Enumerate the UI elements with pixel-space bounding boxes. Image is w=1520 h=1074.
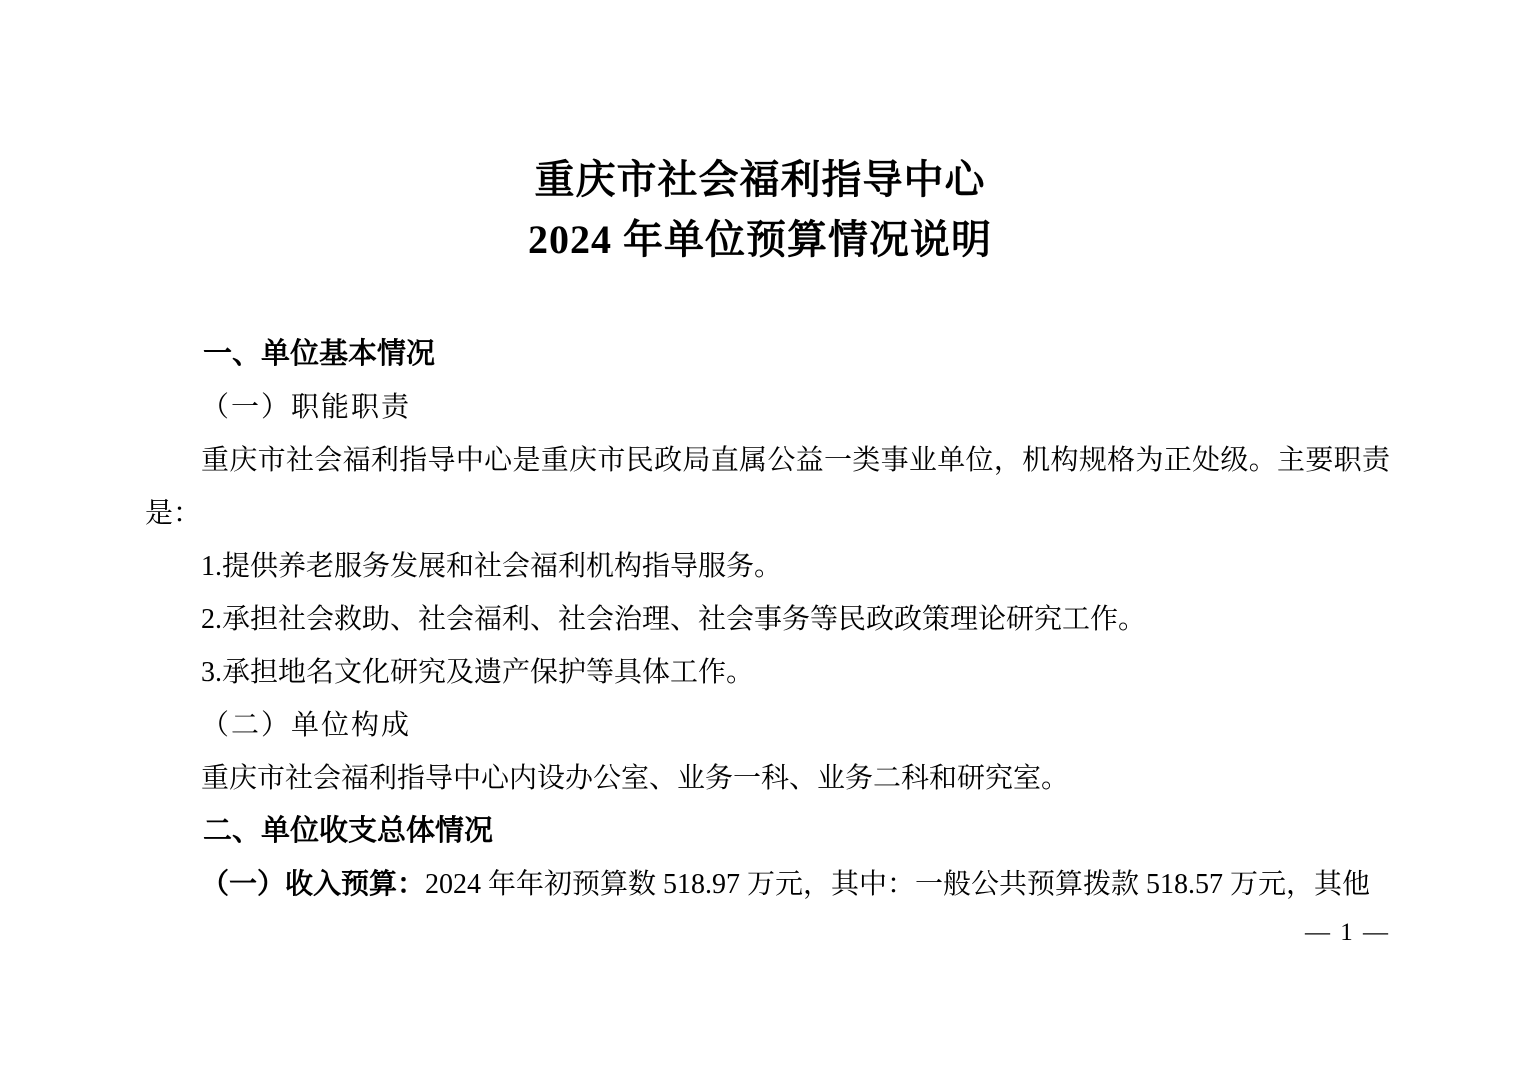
- document-title: 重庆市社会福利指导中心 2024 年单位预算情况说明: [0, 150, 1520, 270]
- title-line-2: 2024 年单位预算情况说明: [0, 210, 1520, 270]
- paragraph-duties-intro: 重庆市社会福利指导中心是重庆市民政局直属公益一类事业单位，机构规格为正处级。主要…: [145, 434, 1390, 540]
- income-budget-text: 2024 年年初预算数 518.97 万元，其中：一般公共预算拨款 518.57…: [425, 869, 1370, 900]
- section-1-heading: 一、单位基本情况: [145, 328, 1390, 381]
- duty-item-2: 2.承担社会救助、社会福利、社会治理、社会事务等民政政策理论研究工作。: [145, 593, 1390, 646]
- paragraph-income-budget: （一）收入预算：2024 年年初预算数 518.97 万元，其中：一般公共预算拨…: [145, 858, 1390, 911]
- subsection-1-1-heading: （一）职能职责: [145, 381, 1390, 434]
- section-2-heading: 二、单位收支总体情况: [145, 805, 1390, 858]
- document-page: 重庆市社会福利指导中心 2024 年单位预算情况说明 一、单位基本情况 （一）职…: [0, 0, 1520, 1074]
- income-budget-label: （一）收入预算：: [201, 869, 425, 900]
- duty-item-1: 1.提供养老服务发展和社会福利机构指导服务。: [145, 540, 1390, 593]
- document-body: 一、单位基本情况 （一）职能职责 重庆市社会福利指导中心是重庆市民政局直属公益一…: [0, 328, 1520, 911]
- title-line-1: 重庆市社会福利指导中心: [0, 150, 1520, 210]
- paragraph-unit-composition: 重庆市社会福利指导中心内设办公室、业务一科、业务二科和研究室。: [145, 752, 1390, 805]
- duty-item-3: 3.承担地名文化研究及遗产保护等具体工作。: [145, 646, 1390, 699]
- page-number: — 1 —: [0, 919, 1520, 947]
- subsection-1-2-heading: （二）单位构成: [145, 699, 1390, 752]
